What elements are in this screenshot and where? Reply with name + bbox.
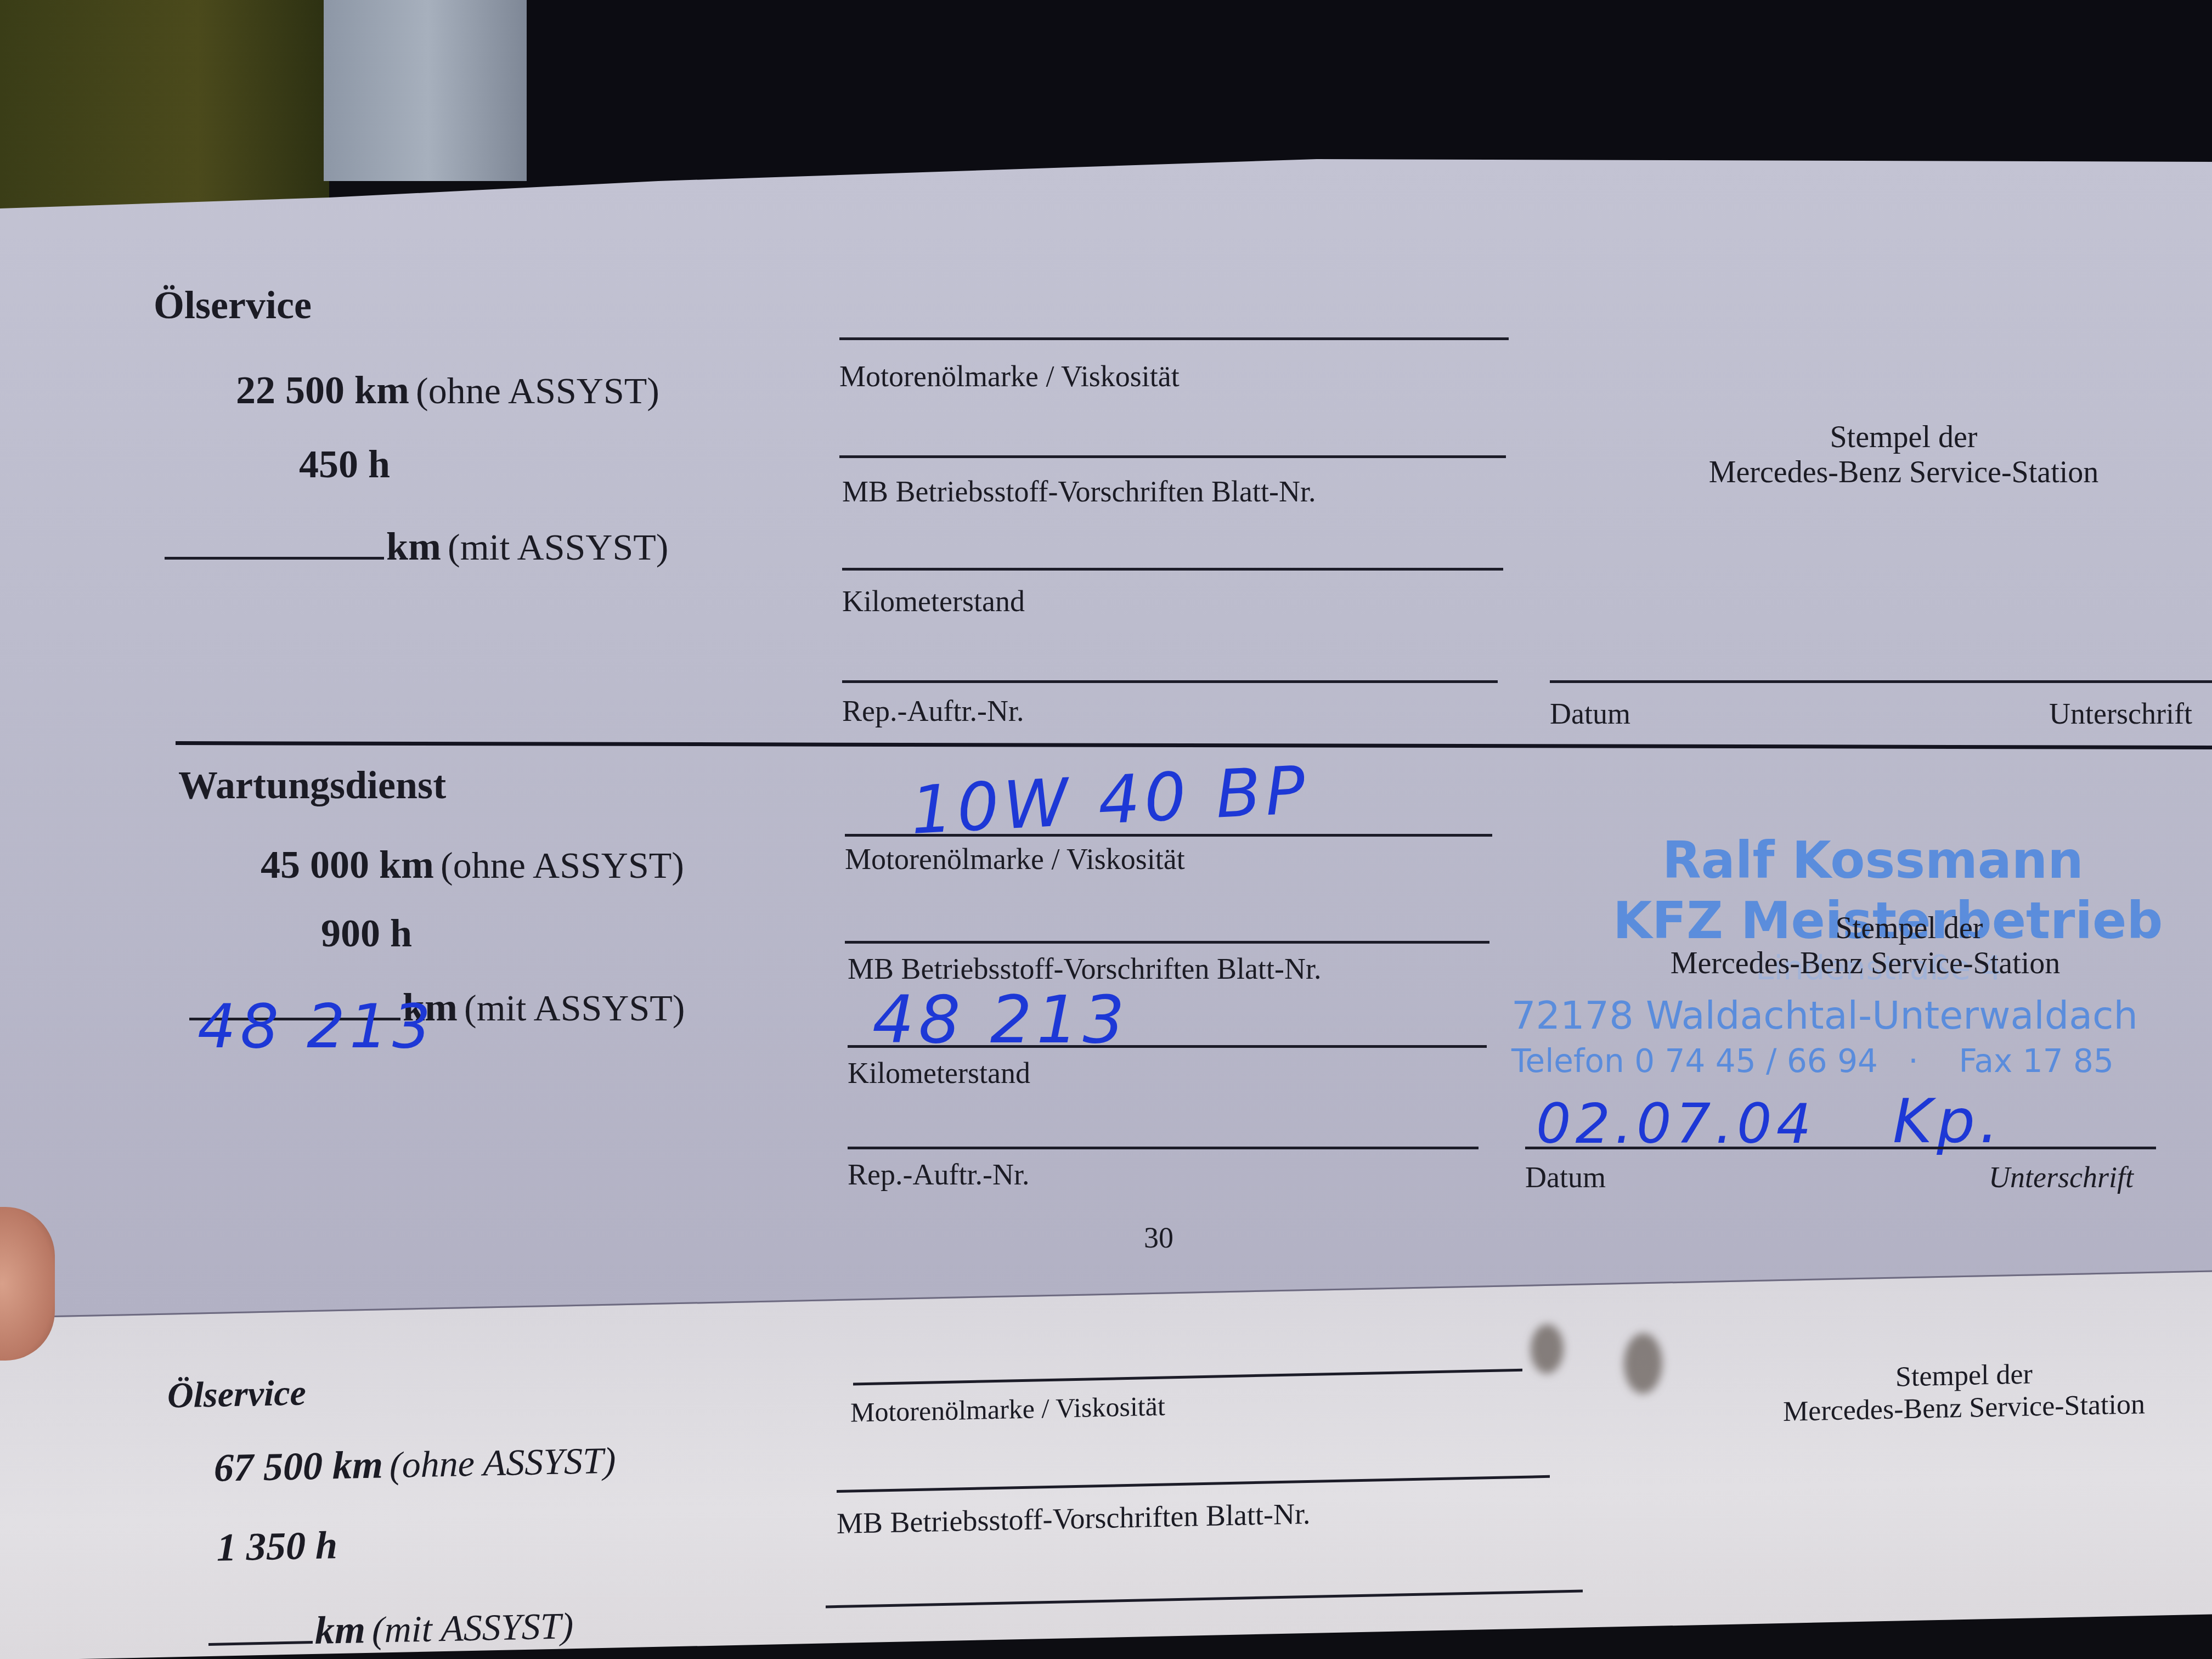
odometer-field-next[interactable]: [826, 1590, 1583, 1609]
stamp-area-label-top: Stempel der Mercedes-Benz Service-Statio…: [1668, 420, 2140, 490]
oil-brand-label-next: Motorenölmarke / Viskosität: [850, 1390, 1165, 1429]
background-grass: [0, 0, 329, 208]
oil-brand-field[interactable]: [839, 337, 1509, 340]
oil-brand-field-next[interactable]: [853, 1369, 1522, 1386]
repair-order-field[interactable]: [842, 680, 1498, 683]
odometer-label-2: Kilometerstand: [848, 1056, 1030, 1090]
repair-order-label: Rep.-Auftr.-Nr.: [842, 694, 1024, 728]
stamp-area-label-next: Stempel der Mercedes-Benz Service-Statio…: [1723, 1355, 2205, 1429]
background-post: [324, 0, 532, 181]
maintenance-interval-km: 45 000 km (ohne ASSYST): [261, 842, 684, 888]
spec-sheet-field-next[interactable]: [837, 1475, 1550, 1493]
page-number: 30: [1144, 1221, 1173, 1255]
maintenance-interval-hours: 900 h: [321, 911, 412, 956]
oil-brand-label-2: Motorenölmarke / Viskosität: [845, 842, 1185, 876]
repair-order-label-2: Rep.-Auftr.-Nr.: [848, 1158, 1029, 1192]
date-signature-field-top[interactable]: [1550, 680, 2212, 683]
oil-brand-label: Motorenölmarke / Viskosität: [839, 359, 1180, 393]
spec-sheet-label-next: MB Betriebsstoff-Vorschriften Blatt-Nr.: [837, 1497, 1310, 1541]
signature-label-2: Unterschrift: [1989, 1160, 2134, 1194]
section-divider: [176, 741, 2212, 749]
oil-service-title: Ölservice: [154, 283, 312, 328]
spec-sheet-field-2[interactable]: [845, 941, 1489, 944]
date-label-2: Datum: [1525, 1160, 1606, 1194]
signature-label-top: Unterschrift: [2049, 697, 2192, 731]
spec-sheet-label: MB Betriebsstoff-Vorschriften Blatt-Nr.: [842, 475, 1316, 509]
workshop-stamp-phone-fax: Telefon 0 74 45 / 66 94 · Fax 17 85: [1511, 1042, 2114, 1080]
spec-sheet-field[interactable]: [839, 455, 1506, 458]
oil-service-next-assyst-row: km (mit ASSYST): [208, 1602, 573, 1656]
oil-brand-field-2[interactable]: [845, 834, 1492, 837]
oil-service-assyst-row: km (mit ASSYST): [165, 524, 668, 569]
odometer-field-2[interactable]: [848, 1045, 1487, 1048]
dirt-smudge: [1531, 1324, 1564, 1374]
repair-order-field-2[interactable]: [848, 1147, 1479, 1149]
workshop-stamp-name: Ralf Kossmann: [1662, 831, 2084, 890]
oil-service-interval-km: 22 500 km (ohne ASSYST): [236, 368, 659, 413]
signature-handwritten: Kp.: [1893, 1086, 2003, 1156]
oil-service-next-interval-km: 67 500 km (ohne ASSYST): [214, 1437, 616, 1491]
assyst-km-blank-field-next[interactable]: [208, 1641, 313, 1646]
workshop-stamp-city: 72178 Waldachtal-Unterwaldach: [1511, 993, 2138, 1038]
assyst-km-field[interactable]: 48 213: [189, 1013, 400, 1023]
maintenance-service-title: Wartungsdienst: [178, 763, 446, 808]
oil-service-interval-hours: 450 h: [299, 442, 390, 487]
assyst-km-handwritten: 48 213: [198, 991, 435, 1062]
spec-sheet-label-2: MB Betriebsstoff-Vorschriften Blatt-Nr.: [848, 952, 1321, 986]
dirt-smudge: [1624, 1333, 1662, 1394]
oil-service-title-next: Ölservice: [167, 1372, 306, 1417]
thumb: [0, 1207, 55, 1361]
odometer-field[interactable]: [842, 568, 1503, 571]
assyst-km-blank-field[interactable]: [165, 557, 384, 560]
stamp-area-label-2: Stempel der Mercedes-Benz Service-Statio…: [1624, 911, 2107, 981]
date-signature-field-2[interactable]: [1525, 1147, 2156, 1149]
oil-service-next-interval-hours: 1 350 h: [217, 1522, 337, 1571]
service-booklet-next-page: Ölservice 67 500 km (ohne ASSYST) 1 350 …: [0, 1271, 2212, 1659]
maintenance-assyst-row: 48 213 km (mit ASSYST): [189, 985, 685, 1030]
service-booklet-page-30: Ölservice 22 500 km (ohne ASSYST) 450 h …: [0, 159, 2212, 1322]
date-label-top: Datum: [1550, 697, 1630, 731]
odometer-label: Kilometerstand: [842, 584, 1025, 618]
